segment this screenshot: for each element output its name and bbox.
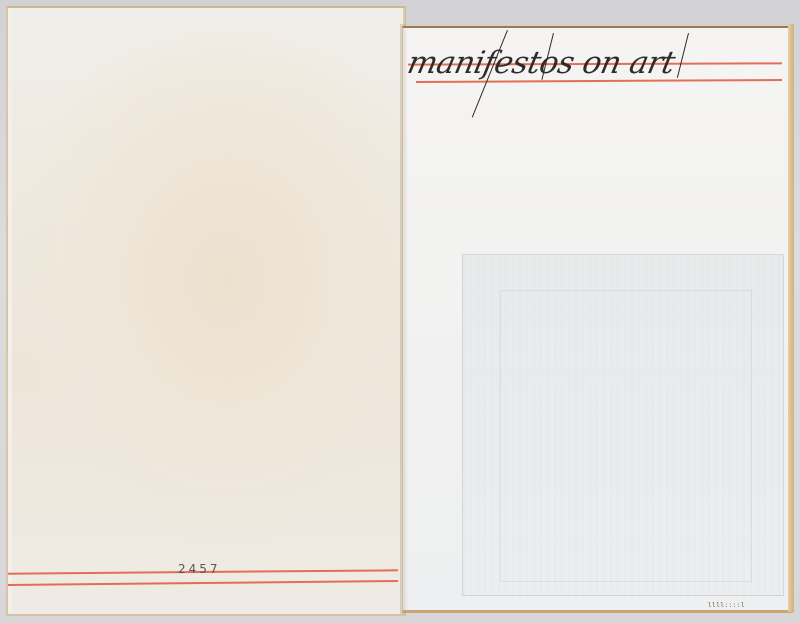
book-gutter xyxy=(400,24,408,614)
page-number: 2457 xyxy=(178,562,221,576)
left-page xyxy=(6,6,406,616)
faded-print-inner-frame xyxy=(500,290,752,582)
page-edge xyxy=(788,24,794,612)
handwritten-title: manifestos on art xyxy=(405,48,678,79)
edge-label: llll::::l xyxy=(708,602,745,609)
